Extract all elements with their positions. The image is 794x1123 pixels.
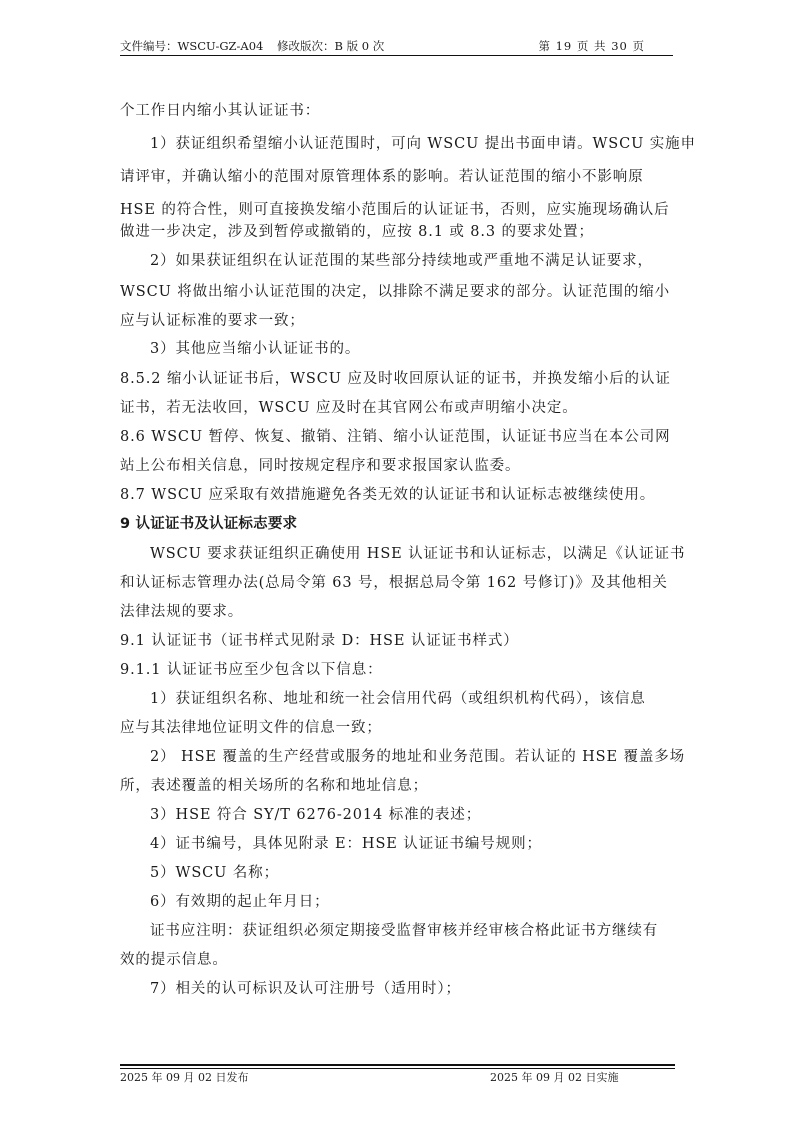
clause-8-6: 8.6 WSCU 暂停、恢复、撤销、注销、缩小认证范围，认证证书应当在本公司网 [120,427,671,447]
list-item-2: 2）如果获证组织在认证范围的某些部分持续地或严重地不满足认证要求， [150,251,653,271]
page-info: 第 19 页 共 30 页 [538,38,645,54]
paragraph-line: WSCU 要求获证组织正确使用 HSE 认证证书和认证标志，以满足《认证证书 [150,544,685,564]
paragraph-line: HSE 的符合性，则可直接换发缩小范围后的认证证书，否则，应实施现场确认后 [120,200,670,220]
certificate-note: 证书应注明：获证组织必须定期接受监督审核并经审核合格此证书方继续有 [150,921,658,941]
list-item-3: 3）HSE 符合 SY/T 6276-2014 标准的表述； [150,805,481,825]
paragraph-line: 请评审，并确认缩小的范围对原管理体系的影响。若认证范围的缩小不影响原 [120,167,644,187]
paragraph-line: 法律法规的要求。 [120,602,243,622]
revision-info: 修改版次：B 版 0 次 [277,38,384,54]
section-heading-9: 9 认证证书及认证标志要求 [120,514,297,534]
issue-date: 2025 年 09 月 02 日发布 [120,1071,248,1085]
paragraph-line: 和认证标志管理办法(总局令第 63 号，根据总局令第 162 号修订)》及其他相… [120,573,668,593]
footer-divider-thin [120,1068,675,1069]
header-divider [120,55,673,56]
list-item-2: 2） HSE 覆盖的生产经营或服务的地址和业务范围。若认证的 HSE 覆盖多场 [150,747,685,767]
list-item-1: 1）获证组织名称、地址和统一社会信用代码（或组织机构代码），该信息 [150,689,646,709]
clause-9-1-1: 9.1.1 认证证书应至少包含以下信息： [120,660,383,680]
paragraph-line: 站上公布相关信息，同时按规定程序和要求报国家认监委。 [120,456,520,476]
paragraph-line: 应与其法律地位证明文件的信息一致； [120,718,382,738]
list-item-4: 4）证书编号，具体见附录 E：HSE 认证证书编号规则； [150,834,542,854]
effective-date: 2025 年 09 月 02 日实施 [490,1071,618,1085]
clause-8-7: 8.7 WSCU 应采取有效措施避免各类无效的认证证书和认证标志被继续使用。 [120,485,655,505]
paragraph-line: 所，表述覆盖的相关场所的名称和地址信息； [120,776,428,796]
paragraph-line: 应与认证标准的要求一致； [120,311,305,331]
list-item-3: 3）其他应当缩小认证证书的。 [150,339,360,359]
paragraph-line: 效的提示信息。 [120,950,228,970]
page-header: 文件编号：WSCU-GZ-A04 修改版次：B 版 0 次 第 19 页 共 3… [120,38,673,54]
clause-8-5-2: 8.5.2 缩小认证证书后，WSCU 应及时收回原认证的证书，并换发缩小后的认证 [120,369,671,389]
footer-divider-thick [120,1064,675,1066]
list-item-5: 5）WSCU 名称； [150,863,279,883]
list-item-1: 1）获证组织希望缩小认证范围时，可向 WSCU 提出书面申请。WSCU 实施申 [150,134,696,154]
paragraph-line: 证书，若无法收回，WSCU 应及时在其官网公布或声明缩小决定。 [120,398,578,418]
list-item-6: 6）有效期的起止年月日； [150,892,330,912]
paragraph-line: 个工作日内缩小其认证证书： [120,101,320,121]
clause-9-1: 9.1 认证证书（证书样式见附录 D：HSE 认证证书样式） [120,631,519,651]
paragraph-line: WSCU 将做出缩小认证范围的决定，以排除不满足要求的部分。认证范围的缩小 [120,282,670,302]
list-item-7: 7）相关的认可标识及认可注册号（适用时）； [150,979,461,999]
paragraph-line: 做进一步决定，涉及到暂停或撤销的，应按 8.1 或 8.3 的要求处置； [120,222,594,242]
document-number: 文件编号：WSCU-GZ-A04 [120,38,263,54]
